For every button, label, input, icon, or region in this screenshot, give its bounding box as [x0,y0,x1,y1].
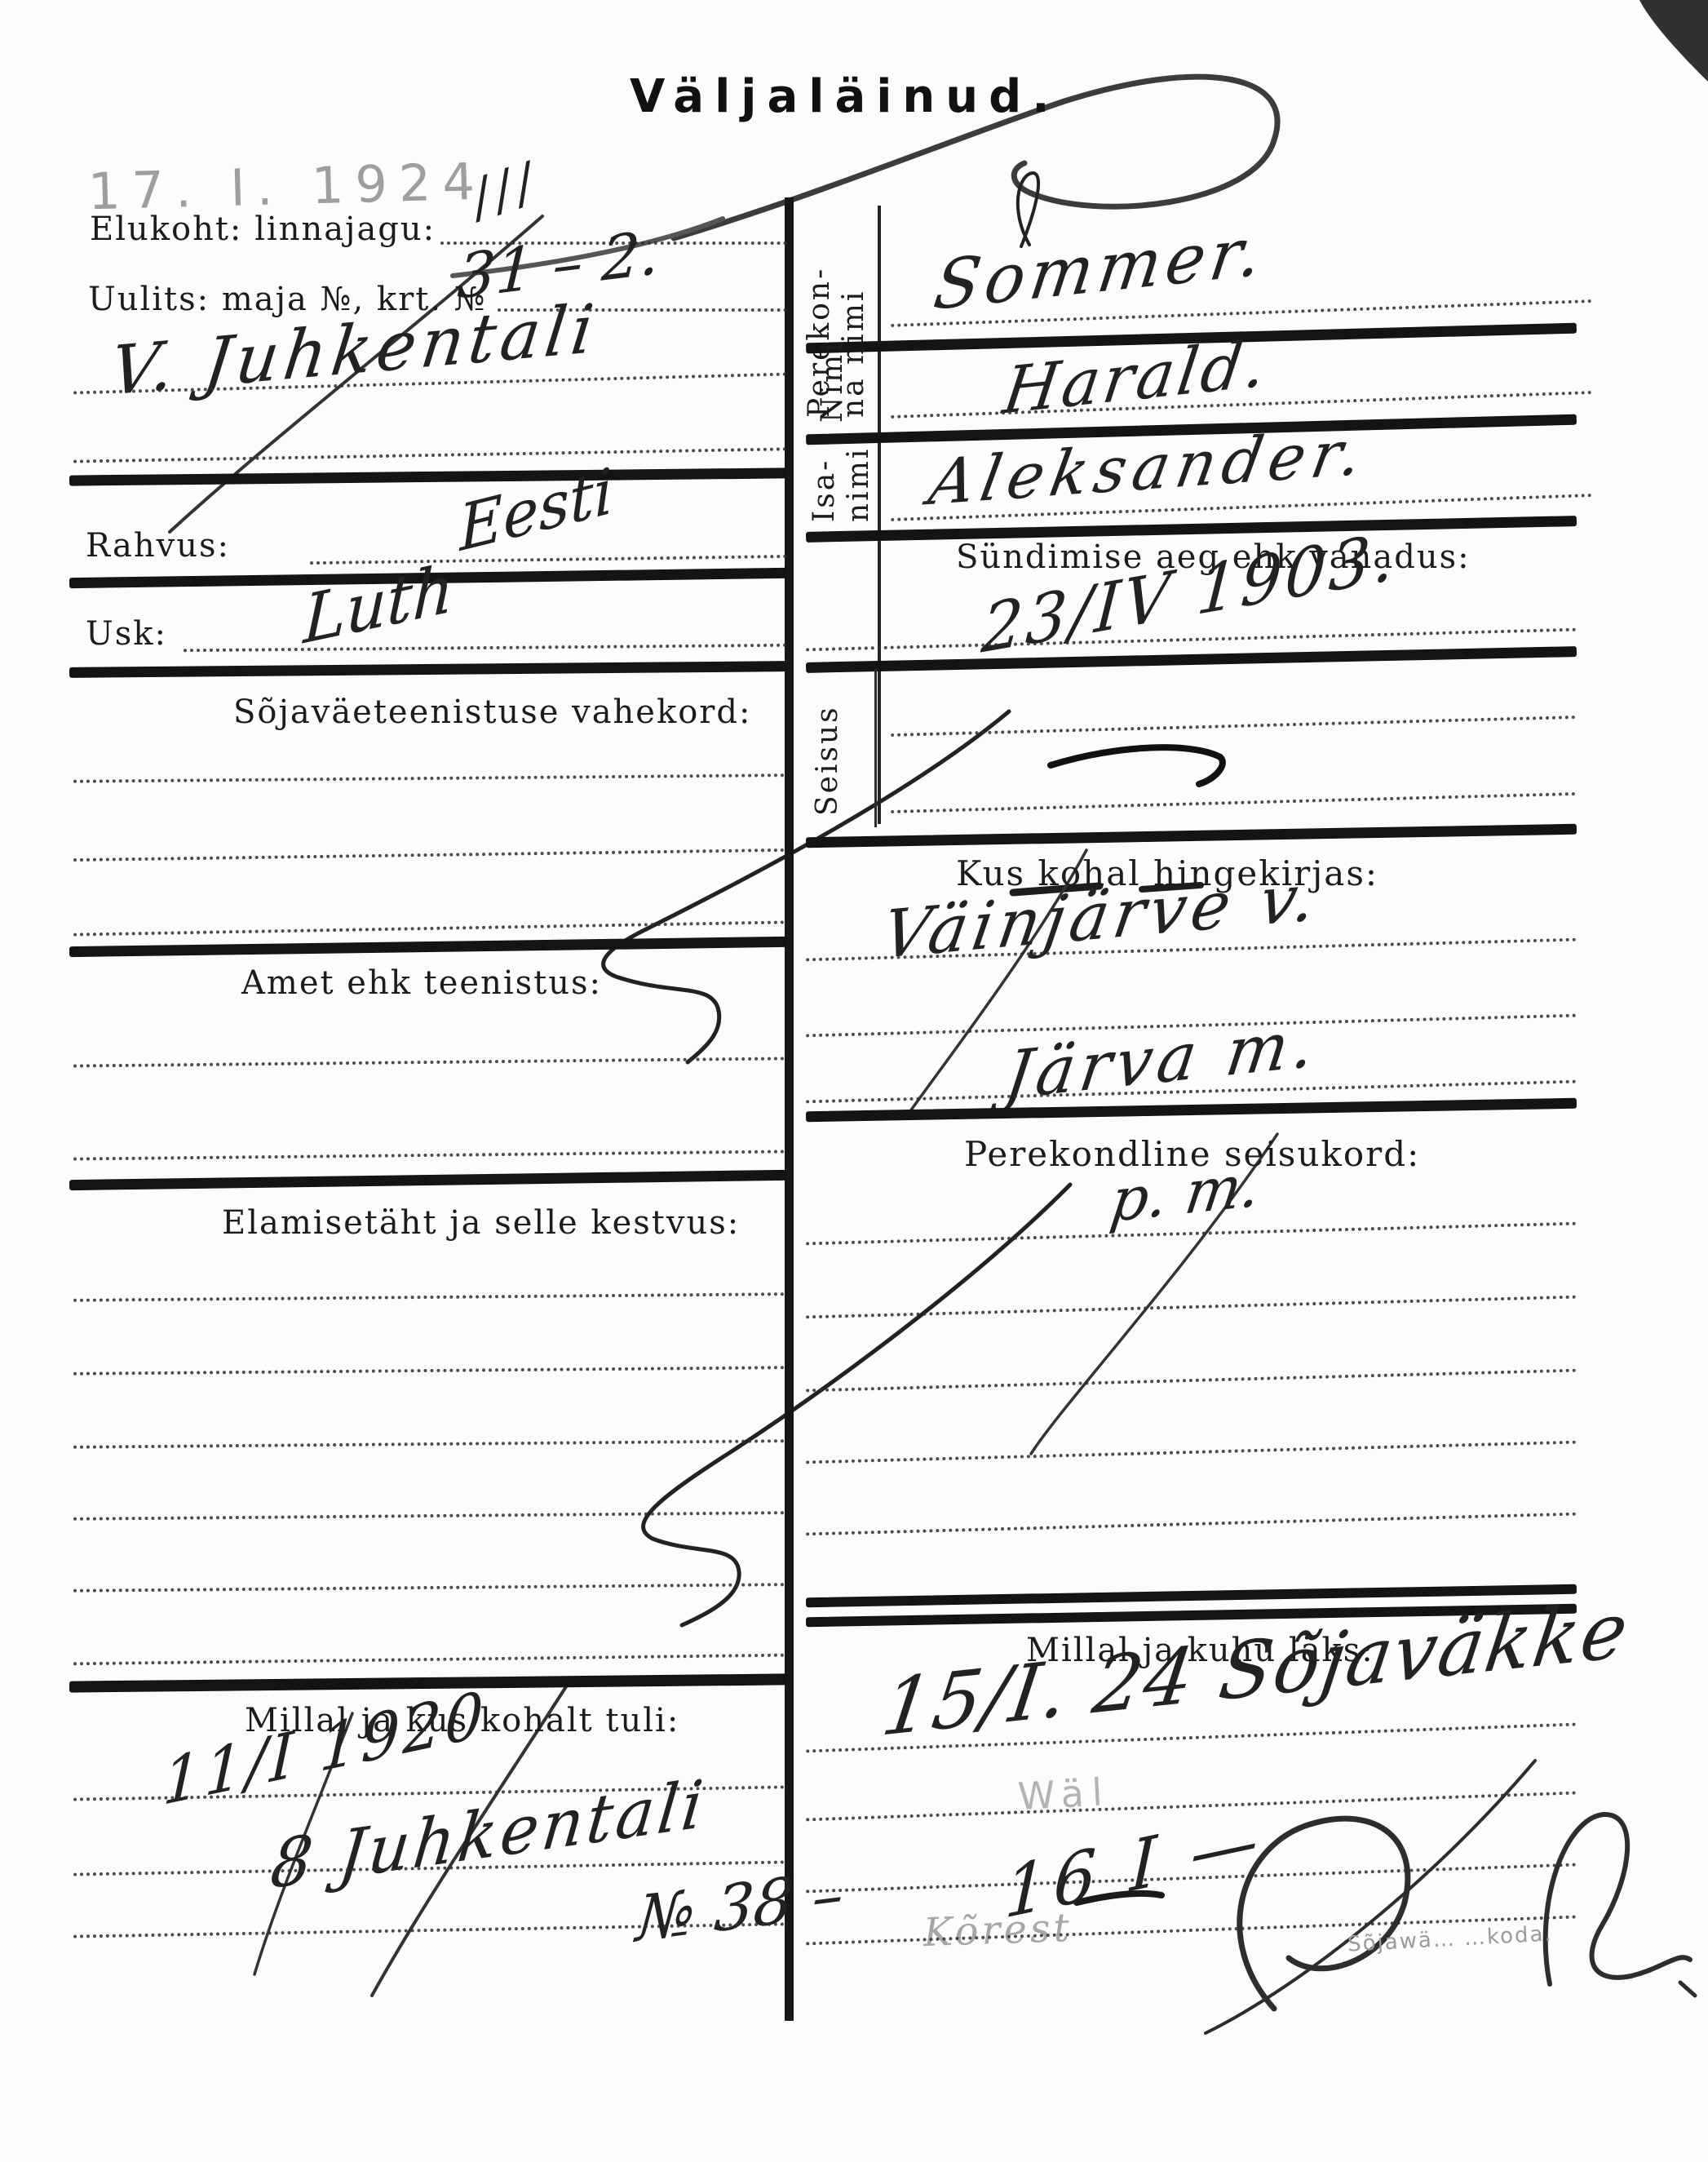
thick-rule [69,937,787,957]
dotted-line [73,1654,785,1666]
dotted-line [73,920,785,936]
dotted-line [891,715,1576,737]
thick-rule [806,1098,1577,1122]
corner-smudge [1639,0,1708,82]
dotted-line [73,1366,785,1376]
dotted-line [806,1369,1577,1393]
dotted-line [891,792,1576,813]
field-elukoht-label: Elukoht: linnajagu: [90,210,436,248]
field-usk-value: Luth [302,549,455,659]
faded-script-stamp: Kõrest [923,1905,1073,1956]
dotted-line [73,1150,785,1160]
field-seisus-label: Seisus [812,685,843,816]
dotted-line [73,773,785,783]
section-sojavae-label: Sõjaväeteenistuse vahekord: [233,693,752,731]
thick-rule [806,646,1577,673]
field-rahvus-label: Rahvus: [86,527,230,565]
page-title: Väljaläinud. [630,70,1060,123]
dotted-line [806,1441,1577,1464]
label-divider [874,669,877,827]
thick-rule [69,661,787,678]
dotted-line [806,1513,1577,1536]
field-hingekirjas-value2: Järva m. [1000,1004,1324,1114]
label-divider [878,206,881,824]
section-amet-label: Amet ehk teenistus: [241,964,602,1002]
dotted-line [73,1511,785,1521]
thick-rule [69,467,787,485]
dotted-line [73,848,785,862]
thick-rule [806,824,1577,848]
seisus-dash-mark [1051,747,1223,784]
dotted-line [73,1057,785,1067]
dotted-line [806,628,1577,652]
field-isanimi-label: Isa- nimi [809,441,874,522]
dotted-line [73,447,787,463]
dotted-line [73,1292,785,1302]
dotted-line [184,644,787,652]
section-elamistaht-label: Elamisetäht ja selle kestvus: [222,1204,740,1242]
dotted-line [73,1439,785,1449]
field-perekonnanimi-value: Sommer. [929,212,1271,326]
scanned-registration-card: Väljaläinud. 17. I. 1924 Elukoht: linnaj… [0,0,1708,2162]
dotted-line [310,555,787,565]
thick-rule [69,1170,787,1190]
field-nimi-label: Nimi [817,349,848,423]
dotted-line [73,1583,785,1593]
dotted-line [806,1296,1577,1319]
small-seal-stamp: Sõjawä… …koda. [1347,1921,1553,1956]
field-usk-label: Usk: [86,615,167,653]
